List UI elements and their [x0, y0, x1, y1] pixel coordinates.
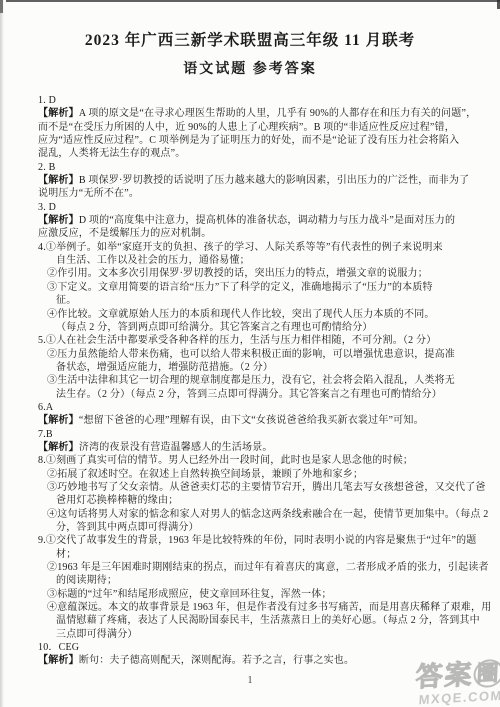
- answer-line: 备状态，增强适应能力，增强防范措施。（2 分）: [38, 361, 472, 374]
- answer-line: 而不是“在受压力所困的人中，近 90%的人患上了心理疾病”。B 项的“非适应性反…: [38, 121, 472, 134]
- watermark-site-url: MXQE.COM: [416, 688, 500, 707]
- answer-line: ③下定义。文章用简要的语言给“压力”下了科学的定义，准确地揭示了“压力”的本质特: [38, 281, 472, 294]
- answer-line: ④这句话将男人对家的惦念和家人对男人的惦念这两条线索融合在一起，使情节更加集中。…: [38, 508, 472, 521]
- scan-edge-left: [0, 0, 4, 707]
- answer-line: 8.①刻画了真实可信的情节。男人已经外出一段时间，此时也是家人思念他的时候；: [38, 454, 472, 467]
- answer-line: 7.B: [38, 428, 472, 441]
- answer-line: 自生活、工作以及社会的压力，通俗易懂；: [38, 254, 472, 267]
- page-title: 2023 年广西三新学术联盟高三年级 11 月联考: [0, 0, 500, 50]
- answer-line: ④作比较。文章就原始人压力的本质和现代人作比较，突出了现代人压力本质的不同。: [38, 308, 472, 321]
- answer-line: 材；: [38, 548, 472, 561]
- answer-line: 【解析】A 项的原文是“在寻求心理医生帮助的人里，几乎有 90%的人都存在和压力…: [38, 107, 472, 120]
- answer-line: 爸用灯芯换棒棒糖的缘由；: [38, 494, 472, 507]
- answer-line: 应激反应，不是缓解压力的应对机制。: [38, 227, 472, 240]
- answer-line: 说明压力“无所不在”。: [38, 187, 472, 200]
- answer-line: ②作引用。文本多次引用保罗·罗切教授的话，突出压力的特点，增强文章的说服力；: [38, 267, 472, 280]
- page-subtitle: 语文试题 参考答案: [0, 50, 500, 78]
- answer-line: 混乱，人类将无法生存的观点”。: [38, 147, 472, 160]
- answer-line: ②拓展了叙述时空。在叙述上自然转换空间场景，兼顾了外地和家乡；: [38, 468, 472, 481]
- answer-line: 3. D: [38, 201, 472, 214]
- answer-line: 5.①人在社会生活中都要承受各种各样的压力，生活与压力相伴相随，不可分割。（2 …: [38, 334, 472, 347]
- answer-line: 1. D: [38, 94, 472, 107]
- answer-line: 【解析】D 项的“高度集中注意力，提高机体的准备状态，调动精力与压力战斗”是面对…: [38, 214, 472, 227]
- answer-line: 【解析】济湾的夜景没有营造温馨感人的生活场景。: [38, 441, 472, 454]
- answer-line: 的阅读期待；: [38, 574, 472, 587]
- answer-line: 10．CEG: [38, 641, 472, 654]
- scan-edge-top: [6, 0, 500, 2]
- answer-line: 2. B: [38, 161, 472, 174]
- answer-line: 【解析】断句：夫子德高则配天，深则配海。若予之言，行事之实也。: [38, 654, 472, 667]
- answer-line: 征。: [38, 294, 472, 307]
- answer-line: 应为“适应性反应过程”。C 项举例是为了证明压力的好处，而不是“论证了没有压力社…: [38, 134, 472, 147]
- answer-line: ②1963 年是三年困难时期刚结束的拐点，而过年有着喜庆的寓意，二者形成矛盾的张…: [38, 561, 472, 574]
- answer-line: 9.①交代了故事发生的背景，1963 年是比较特殊的年份，同时表明小说的内容是聚…: [38, 534, 472, 547]
- answer-line: ④意蕴深远。本文的故事背景是 1963 年，但是作者没有过多书写痛苦，而是用喜庆…: [38, 601, 472, 614]
- answer-line: 分，答到其中两点即可得满分）: [38, 521, 472, 534]
- answer-line: 4.①举例子。如举“家庭开支的负担、孩子的学习、人际关系等等”有代表性的例子来说…: [38, 241, 472, 254]
- exam-answer-page: 2023 年广西三新学术联盟高三年级 11 月联考 语文试题 参考答案 1. D…: [0, 0, 500, 707]
- answer-line: 温情慰藉了疼痛，表达了人民渴盼国泰民丰，生活蒸蒸日上的美好心愿。（每点 2 分，…: [38, 614, 472, 627]
- answer-line: ③巧妙地书写了父女亲情。从爸爸卖灯芯的主要情节宕开，腾出几笔去写女孩想爸爸，又交…: [38, 481, 472, 494]
- answer-line: （每点 2 分，答到两点即可给满分。其它答案言之有理也可酌情给分）: [38, 321, 472, 334]
- answer-lines-container: 1. D【解析】A 项的原文是“在寻求心理医生帮助的人里，几乎有 90%的人都存…: [38, 94, 472, 668]
- answer-line: 法生存。（2 分）（每点 2 分，答到三点即可得满分。其它答案言之有理也可酌情给…: [38, 388, 472, 401]
- answer-line: ②压力虽然能给人带来伤痛，也可以给人带来积极正面的影响，可以增强忧患意识，提高准: [38, 348, 472, 361]
- answer-line: ③生活中法律和其它一切合理的规章制度都是压力，没有它，社会将会陷入混乱，人类将无: [38, 374, 472, 387]
- page-number: 1: [0, 675, 500, 686]
- answer-line: 【解析】“想留下爸爸的心理”理解有误，由下文“女孩说爸爸给我买新衣裳过年”可知。: [38, 414, 472, 427]
- answer-line: 6.A: [38, 401, 472, 414]
- answer-line: 【解析】B 项保罗·罗切教授的话说明了压力越来越大的影响因素，引出压力的广泛性，…: [38, 174, 472, 187]
- answer-line: ③标题的“过年”和结尾形成照应，使文章回环往复，浑然一体；: [38, 588, 472, 601]
- answer-line: 三点即可得满分）: [38, 628, 472, 641]
